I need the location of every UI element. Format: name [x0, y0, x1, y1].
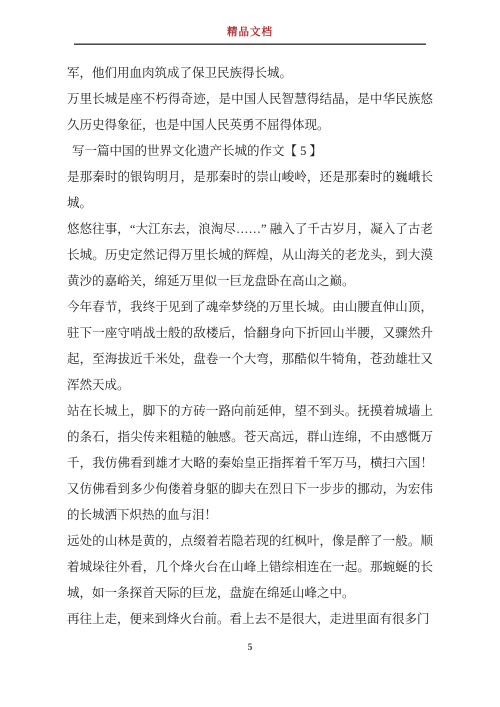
paragraph: 悠悠往事，“大江东去，浪淘尽……” 融入了千古岁月，凝入了古老长城。历史定然记得… [67, 216, 433, 294]
document-header-label: 精品文档 [0, 24, 500, 39]
paragraph: 是那秦时的银钩明月，是那秦时的崇山峻岭，还是那秦时的巍峨长城。 [67, 164, 433, 216]
paragraph: 站在长城上，脚下的方砖一路向前延伸，望不到头。抚摸着城墙上的条石，指尖传来粗糙的… [67, 398, 433, 528]
paragraph: 再往上走，便来到烽火台前。看上去不是很大，走进里面有很多门 [67, 606, 433, 632]
header-rule-divider [74, 43, 426, 45]
document-body: 军，他们用血肉筑成了保卫民族得长城。 万里长城是座不朽得奇迹，是中国人民智慧得结… [67, 60, 433, 632]
page-number: 5 [0, 643, 500, 653]
document-page: 精品文档 军，他们用血肉筑成了保卫民族得长城。 万里长城是座不朽得奇迹，是中国人… [0, 0, 500, 707]
paragraph: 今年春节，我终于见到了魂牵梦绕的万里长城。由山腰直伸山顶，驻下一座守哨战士般的敌… [67, 294, 433, 398]
paragraph: 远处的山林是黄的，点缀着若隐若现的红枫叶，像是醉了一般。顺着城垛往外看，几个烽火… [67, 528, 433, 606]
paragraph: 万里长城是座不朽得奇迹，是中国人民智慧得结晶，是中华民族悠久历史得象征，也是中国… [67, 86, 433, 138]
section-title-essay-5: 写一篇中国的世界文化遗产长城的作文【 5 】 [67, 138, 433, 164]
paragraph-continuation: 军，他们用血肉筑成了保卫民族得长城。 [67, 60, 433, 86]
